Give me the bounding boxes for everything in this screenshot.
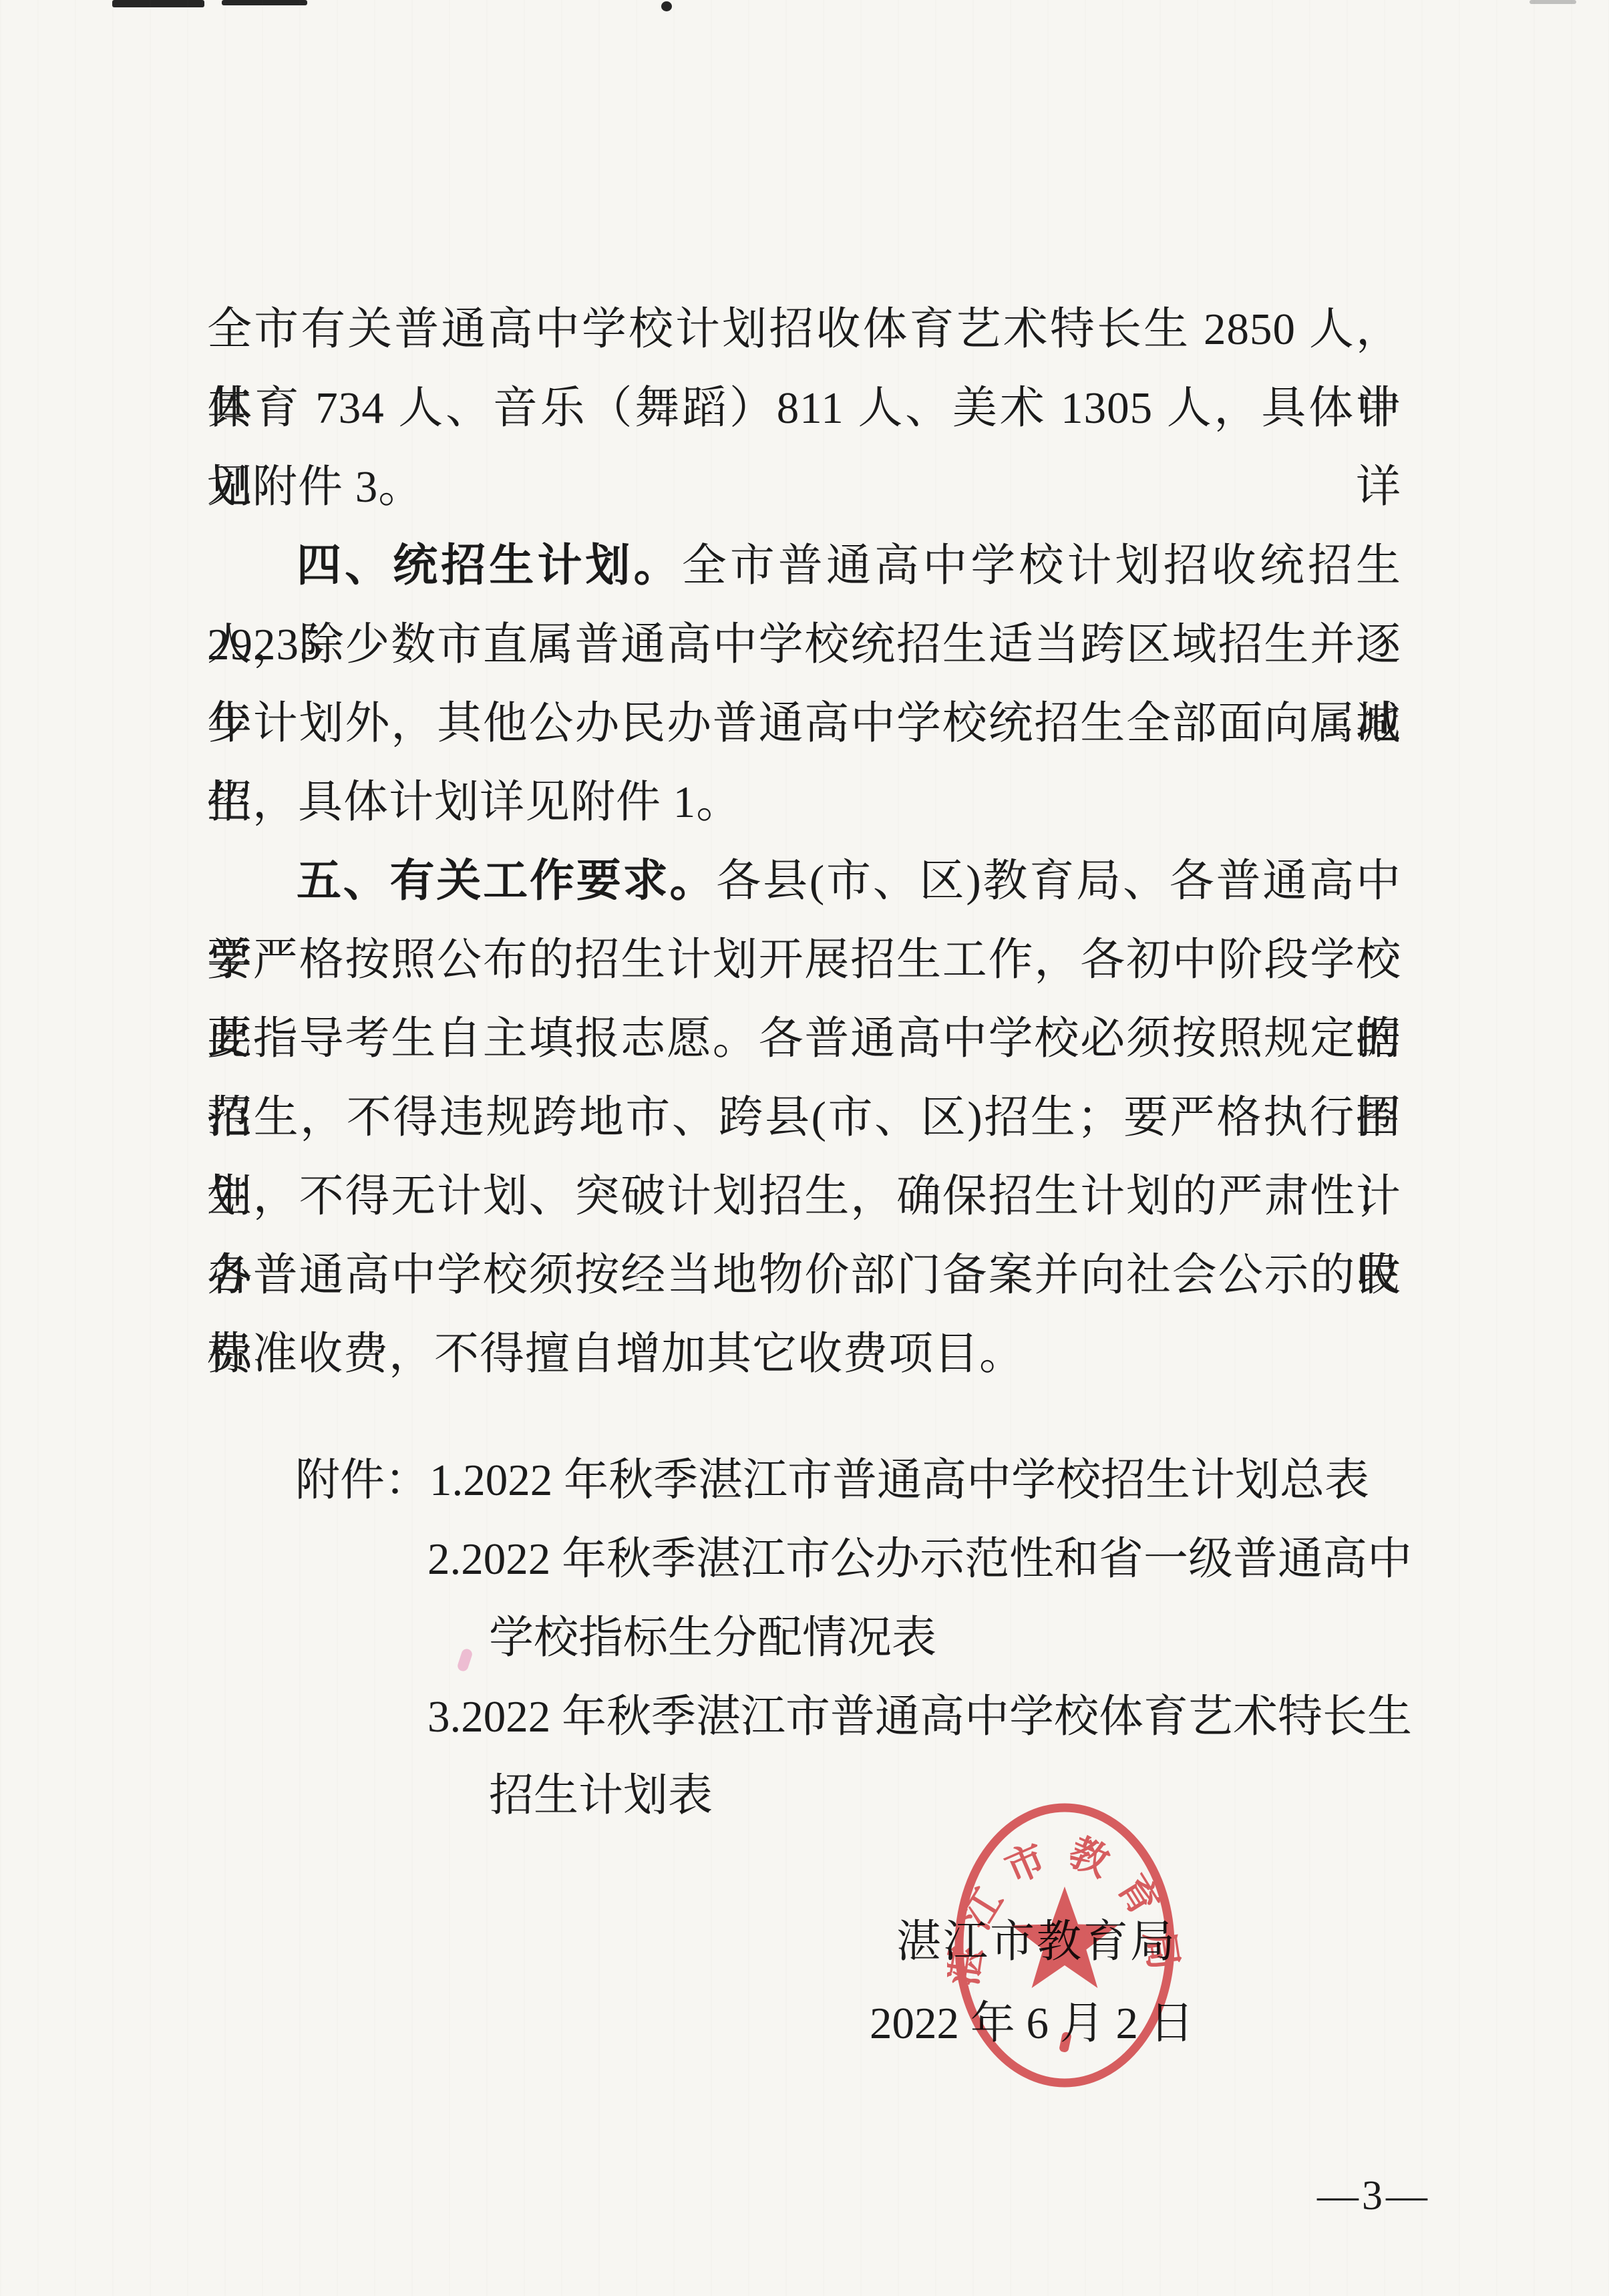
attachment-line: 2.2022 年秋季湛江市公办示范性和省一级普通高中 [207, 1520, 1509, 1599]
scan-artifact [112, 0, 204, 7]
attachment-item: 1.2022 年秋季湛江市普通高中学校招生计划总表 [429, 1456, 1369, 1505]
body-line: 此指导考生自主填报志愿。各普通高中学校必须按照规定的范围 [207, 999, 1401, 1078]
scan-artifact [661, 1, 672, 11]
body-line: 少计划外，其他公办民办普通高中学校统招生全部面向属地招 [207, 684, 1401, 763]
attachment-line: 学校指标生分配情况表 [207, 1599, 1509, 1677]
seal-bottom-mark [1059, 2031, 1072, 2053]
body-line: 招生，不得违规跨地市、跨县(市、区)招生；要严格执行招生计 [207, 1078, 1401, 1157]
attachment-item: 学校指标生分配情况表 [489, 1613, 936, 1663]
body-line: 划，不得无计划、突破计划招生，确保招生计划的严肃性；各民 [207, 1157, 1401, 1236]
attachment-line: 3.2022 年秋季湛江市普通高中学校体育艺术特长生 [207, 1677, 1509, 1756]
official-seal-stamp: 湛江市教育局 [947, 1797, 1182, 2094]
body-line-text: 标准收费，不得擅自增加其它收费项目。 [207, 1329, 1025, 1379]
attachments-list: 附件：1.2022 年秋季湛江市普通高中学校招生计划总表 2.2022 年秋季湛… [207, 1441, 1509, 1835]
attachment-item: 招生计划表 [489, 1771, 713, 1820]
body-line: 体育 734 人、音乐（舞蹈）811 人、美术 1305 人，具体计划详 [207, 369, 1401, 448]
seal-star-icon [1011, 1887, 1118, 1988]
attachments-label: 附件： [295, 1456, 429, 1505]
body-line-text: 见附件 3。 [207, 462, 423, 512]
attachment-item: 2.2022 年秋季湛江市公办示范性和省一级普通高中 [427, 1534, 1412, 1584]
section-heading: 五、有关工作要求。 [297, 856, 716, 906]
scan-artifact [222, 0, 307, 5]
scanned-document-page: 全市有关普通高中学校计划招收体育艺术特长生 2850 人，其中 体育 734 人… [0, 0, 1609, 2296]
attachment-item: 3.2022 年秋季湛江市普通高中学校体育艺术特长生 [427, 1692, 1412, 1742]
body-line: 生，具体计划详见附件 1。 [207, 763, 1401, 842]
page-number: —3— [1317, 2172, 1431, 2219]
body-text: 全市有关普通高中学校计划招收体育艺术特长生 2850 人，其中 体育 734 人… [207, 290, 1401, 1393]
body-line: 标准收费，不得擅自增加其它收费项目。 [207, 1315, 1401, 1393]
attachment-line: 招生计划表 [207, 1756, 1509, 1835]
body-line: 要严格按照公布的招生计划开展招生工作，各初中阶段学校要据 [207, 921, 1401, 999]
body-line: 人，除少数市直属普通高中学校统招生适当跨区域招生并逐年减 [207, 605, 1401, 684]
body-line: 全市有关普通高中学校计划招收体育艺术特长生 2850 人，其中 [207, 290, 1401, 369]
body-line-section-4: 四、统招生计划。全市普通高中学校计划招收统招生 29235 [207, 526, 1401, 605]
section-heading: 四、统招生计划。 [297, 540, 682, 591]
scan-artifact [1530, 0, 1576, 4]
body-line-section-5: 五、有关工作要求。各县(市、区)教育局、各普通高中学校 [207, 842, 1401, 921]
body-line: 办普通高中学校须按经当地物价部门备案并向社会公示的收费 [207, 1236, 1401, 1315]
body-line-text: 生，具体计划详见附件 1。 [207, 778, 741, 827]
attachment-line: 附件：1.2022 年秋季湛江市普通高中学校招生计划总表 [207, 1441, 1509, 1520]
